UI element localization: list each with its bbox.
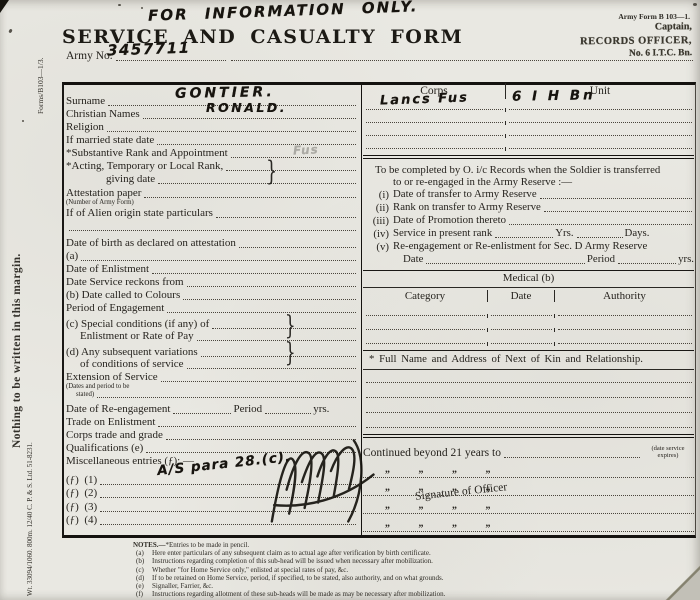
ditto-marks: „ „ „ „ xyxy=(385,518,491,529)
handwritten-corps: Lancs Fus xyxy=(380,90,469,108)
note-text: Signaller, Farrier, &c. xyxy=(152,582,691,590)
dotted-line xyxy=(201,355,356,357)
records-column: Corps Unit To be completed by O. i/c Rec… xyxy=(363,83,694,532)
records-item-v-date: DatePeriodyrs. xyxy=(363,253,694,266)
ditto-marks: „ „ „ „ xyxy=(385,482,491,493)
field-a: (a) xyxy=(66,250,358,263)
field-label: Date of Re-engagement xyxy=(66,404,170,416)
dotted-line xyxy=(366,134,503,136)
medical-table-row xyxy=(363,332,694,346)
dotted-line xyxy=(144,196,356,198)
medical-table-row xyxy=(363,318,694,332)
field-label: Enlistment or Rate of Pay xyxy=(66,331,194,343)
dotted-line xyxy=(173,412,231,414)
dotted-line xyxy=(187,285,356,287)
dotted-line xyxy=(97,396,356,398)
scan-speck xyxy=(141,7,143,9)
field-label: (ƒ) (2) xyxy=(66,488,97,500)
medical-table-row xyxy=(363,304,694,318)
note-tag: (a) xyxy=(133,549,152,557)
stamp-rank: Captain, xyxy=(522,20,692,35)
field-date-called-to-colours: (b) Date called to Colours xyxy=(66,289,358,302)
dotted-line xyxy=(366,314,485,316)
field-acting-rank: *Acting, Temporary or Local Rank, xyxy=(66,160,358,173)
field-label: (ƒ) (3) xyxy=(66,502,97,514)
field-label: Trade on Enlistment xyxy=(66,417,155,429)
dotted-line xyxy=(366,426,692,428)
note-line: expires) xyxy=(658,452,679,459)
dotted-line xyxy=(366,328,485,330)
field-label: Extension of Service xyxy=(66,372,158,384)
field-sublabel: stated) xyxy=(66,392,94,400)
records-item-i: (i)Date of transfer to Army Reserve xyxy=(363,188,694,201)
item-number: (iii) xyxy=(363,216,393,227)
field-trade-on-enlistment: Trade on Enlistment xyxy=(66,416,358,429)
dotted-line xyxy=(158,182,356,184)
field-label: (ƒ) (1) xyxy=(66,475,97,487)
medical-table-header: Category Date Authority xyxy=(363,288,694,304)
dotted-line xyxy=(491,314,552,316)
signature-dotted-line xyxy=(231,59,693,61)
brace-glyph: } xyxy=(266,156,277,187)
handwritten-unit: 6 I H Bn xyxy=(512,87,596,104)
scanned-service-casualty-form: Forms/B103—1/3. Nothing to be written in… xyxy=(0,0,700,600)
double-rule xyxy=(363,434,694,438)
dotted-line xyxy=(426,262,585,264)
dotted-line xyxy=(226,169,356,171)
double-rule xyxy=(363,155,694,159)
corps-unit-row xyxy=(363,125,694,138)
brace-glyph: } xyxy=(285,311,296,341)
brace-glyph: } xyxy=(285,338,296,368)
field-alien-origin: If of Alien origin state particulars xyxy=(66,208,358,220)
date-label: Date xyxy=(393,254,423,266)
note-tag: (f) xyxy=(133,590,152,598)
dotted-line xyxy=(366,381,692,383)
notes-section: NOTES.—*Entries to be made in pencil. (a… xyxy=(133,541,691,598)
next-of-kin-heading: * Full Name and Address of Next of Kin a… xyxy=(363,351,694,367)
note-item-a: (a)Here enter particulars of any subsequ… xyxy=(133,549,691,557)
authority-column-header: Authority xyxy=(554,290,694,302)
dotted-line xyxy=(509,147,692,149)
dotted-line xyxy=(509,121,692,123)
field-label: If married state date xyxy=(66,135,154,147)
period-label: Period xyxy=(587,254,615,266)
records-intro-line-2: to or re-engaged in the Army Reserve :— xyxy=(363,176,694,188)
medical-section-title: Medical (b) xyxy=(363,271,694,285)
ditto-row: „ „ „ „ xyxy=(363,460,694,478)
field-date-of-reengagement: Date of Re-engagementPeriodyrs. xyxy=(66,402,358,416)
field-conditions-of-service: of conditions of service xyxy=(66,359,358,371)
dotted-line xyxy=(509,108,692,110)
army-no-dotted-line xyxy=(116,59,226,61)
field-special-conditions: (c) Special conditions (if any) of xyxy=(66,317,358,331)
yrs-label: yrs. xyxy=(678,254,694,266)
field-label: *Acting, Temporary or Local Rank, xyxy=(66,161,223,173)
dotted-line xyxy=(143,117,356,119)
corps-unit-row xyxy=(363,112,694,125)
dotted-line xyxy=(618,262,676,264)
field-label: Period of Engagement xyxy=(66,303,164,315)
dotted-line xyxy=(81,259,356,261)
field-giving-date: giving date xyxy=(66,173,358,186)
field-label: *Substantive Rank and Appointment xyxy=(66,148,228,160)
item-number: (iv) xyxy=(363,229,393,240)
dotted-line xyxy=(107,130,356,132)
field-label: of conditions of service xyxy=(66,359,184,371)
next-of-kin-line xyxy=(363,400,694,415)
dotted-line xyxy=(366,121,503,123)
scan-speck xyxy=(693,3,697,6)
item-label: Date of Promotion thereto xyxy=(393,215,506,227)
scan-speck xyxy=(22,120,24,122)
note-item-d: (d)If to be retained on Home Service, pe… xyxy=(133,574,691,582)
dotted-line xyxy=(491,342,552,344)
field-alien-origin-continuation xyxy=(66,220,358,233)
note-text: If to be retained on Home Service, perio… xyxy=(152,574,691,582)
handwritten-christian-names: RONALD. xyxy=(206,100,287,115)
field-label: Corps trade and grade xyxy=(66,430,163,442)
yrs-label: Yrs. xyxy=(555,228,573,240)
corps-unit-row xyxy=(363,138,694,151)
note-item-f: (f)Instructions regarding allotment of t… xyxy=(133,590,691,598)
field-label: (ƒ) (4) xyxy=(66,515,97,527)
officer-signature-scrawl xyxy=(258,430,387,534)
field-period-of-engagement: Period of Engagement xyxy=(66,302,358,315)
records-item-v: (v)Re-engagement or Re-enlistment for Se… xyxy=(363,240,694,253)
field-label: Date Service reckons from xyxy=(66,277,184,289)
item-label: Re-engagement or Re-enlistment for Sec. … xyxy=(393,241,647,253)
dotted-line xyxy=(183,298,356,300)
dotted-line xyxy=(366,396,692,398)
period-label: Period xyxy=(233,404,262,416)
item-number: (i) xyxy=(363,190,393,201)
note-tag: (e) xyxy=(133,582,152,590)
field-religion: Religion xyxy=(66,121,358,134)
next-of-kin-line xyxy=(363,370,694,385)
records-item-iii: (iii)Date of Promotion thereto xyxy=(363,214,694,227)
dotted-line xyxy=(504,456,640,458)
margin-form-code: Forms/B103—1/3. xyxy=(36,58,45,114)
note-tag: (c) xyxy=(133,566,152,574)
dotted-line xyxy=(366,411,692,413)
dotted-line xyxy=(161,380,356,382)
spacer xyxy=(363,255,393,266)
item-label: Rank on transfer to Army Reserve xyxy=(393,202,541,214)
page-corner-fold xyxy=(640,540,700,600)
field-label: (a) xyxy=(66,251,78,263)
note-item-e: (e)Signaller, Farrier, &c. xyxy=(133,582,691,590)
dotted-line xyxy=(495,236,553,238)
ditto-marks: „ „ „ „ xyxy=(385,464,491,475)
field-label: Surname xyxy=(66,96,105,108)
field-subsequent-variations: (d) Any subsequent variations xyxy=(66,345,358,359)
days-label: Days. xyxy=(625,228,650,240)
field-label: giving date xyxy=(66,174,155,186)
field-label: Date of Enlistment xyxy=(66,264,149,276)
date-service-expires-note: (date service expires) xyxy=(642,445,694,460)
scan-speck xyxy=(118,4,121,6)
note-item-b: (b)Instructions regarding completion of … xyxy=(133,557,691,565)
dotted-line xyxy=(544,210,692,212)
records-item-iv: (iv)Service in present rankYrs.Days. xyxy=(363,227,694,240)
dotted-line xyxy=(158,425,356,427)
field-date-of-birth: Date of birth as declared on attestation xyxy=(66,236,358,250)
dotted-line xyxy=(265,412,311,414)
continued-label: Continued beyond 21 years to xyxy=(363,447,501,460)
handwritten-for-information-only: FOR INFORMATION ONLY. xyxy=(148,0,419,25)
ditto-row: „ „ „ „ xyxy=(363,478,694,496)
yrs-label: yrs. xyxy=(313,404,329,416)
field-label: Attestation paper xyxy=(66,188,141,200)
army-no-label: Army No. xyxy=(66,50,113,63)
scan-speck xyxy=(8,29,13,34)
field-date-of-enlistment: Date of Enlistment xyxy=(66,263,358,276)
note-text: Instructions regarding completion of thi… xyxy=(152,557,691,565)
dotted-line xyxy=(558,328,692,330)
handwritten-rank-ghost: Fus xyxy=(293,142,319,157)
field-service-reckons-from: Date Service reckons from xyxy=(66,276,358,289)
category-column-header: Category xyxy=(363,290,487,302)
ditto-marks: „ „ „ „ xyxy=(385,500,491,511)
notes-star: *Entries to be made in pencil. xyxy=(165,541,249,549)
field-label: Christian Names xyxy=(66,109,140,121)
dotted-line xyxy=(366,147,503,149)
dotted-line xyxy=(366,342,485,344)
dotted-line xyxy=(157,143,356,145)
continued-beyond-21-row: Continued beyond 21 years to (date servi… xyxy=(363,442,694,460)
dotted-line xyxy=(197,339,356,341)
dotted-line xyxy=(216,216,356,218)
field-label: Religion xyxy=(66,122,104,134)
field-attestation-paper: Attestation paper xyxy=(66,186,358,200)
dotted-line xyxy=(509,134,692,136)
dotted-line xyxy=(69,229,356,231)
dotted-line xyxy=(558,314,692,316)
note-item-c: (c)Whether "for Home Service only," enli… xyxy=(133,566,691,574)
dotted-line xyxy=(509,223,692,225)
date-column-header: Date xyxy=(487,290,554,302)
field-label: (b) Date called to Colours xyxy=(66,290,180,302)
next-of-kin-line xyxy=(363,385,694,400)
dotted-line xyxy=(239,246,356,248)
scan-corner-mark xyxy=(0,0,9,13)
note-tag: (b) xyxy=(133,557,152,565)
margin-warning-text: Nothing to be written in this margin. xyxy=(11,253,23,448)
next-of-kin-line xyxy=(363,415,694,430)
notes-heading-line: NOTES.—*Entries to be made in pencil. xyxy=(133,541,691,549)
note-text: Whether "for Home Service only," enliste… xyxy=(152,566,691,574)
note-text: Here enter particulars of any subsequent… xyxy=(152,549,691,557)
field-enlistment-rate-of-pay: Enlistment or Rate of Pay xyxy=(66,331,358,343)
dotted-line xyxy=(152,272,356,274)
field-label: Date of birth as declared on attestation xyxy=(66,238,236,250)
dotted-line xyxy=(187,367,356,369)
dotted-line xyxy=(558,342,692,344)
notes-heading: NOTES.— xyxy=(133,541,165,549)
field-dates-period-note: (Dates and period to be xyxy=(66,384,358,392)
dotted-line xyxy=(167,311,356,313)
dotted-line xyxy=(540,197,692,199)
field-extension-of-service: Extension of Service xyxy=(66,371,358,384)
item-number: (v) xyxy=(363,242,393,253)
note-tag: (d) xyxy=(133,574,152,582)
item-label: Service in present rank xyxy=(393,228,492,240)
field-label: Qualifications (e) xyxy=(66,443,143,455)
ditto-row: „ „ „ „ xyxy=(363,496,694,514)
item-label: Date of transfer to Army Reserve xyxy=(393,189,537,201)
dotted-line xyxy=(577,236,623,238)
records-item-ii: (ii)Rank on transfer to Army Reserve xyxy=(363,201,694,214)
ditto-row: „ „ „ „ xyxy=(363,514,694,532)
item-number: (ii) xyxy=(363,203,393,214)
note-line: (date service xyxy=(651,445,684,452)
field-dates-period-note-2: stated) xyxy=(66,392,358,400)
field-label: If of Alien origin state particulars xyxy=(66,208,213,220)
note-text: Instructions regarding allotment of thes… xyxy=(152,590,691,598)
margin-printer-code: Wt. 33094/1060. 800m. 12/40 C. P. & S. L… xyxy=(26,442,34,596)
records-intro-line-1: To be completed by O. i/c Records when t… xyxy=(363,164,694,176)
dotted-line xyxy=(491,328,552,330)
handwritten-army-number: 3457711 xyxy=(107,39,191,60)
